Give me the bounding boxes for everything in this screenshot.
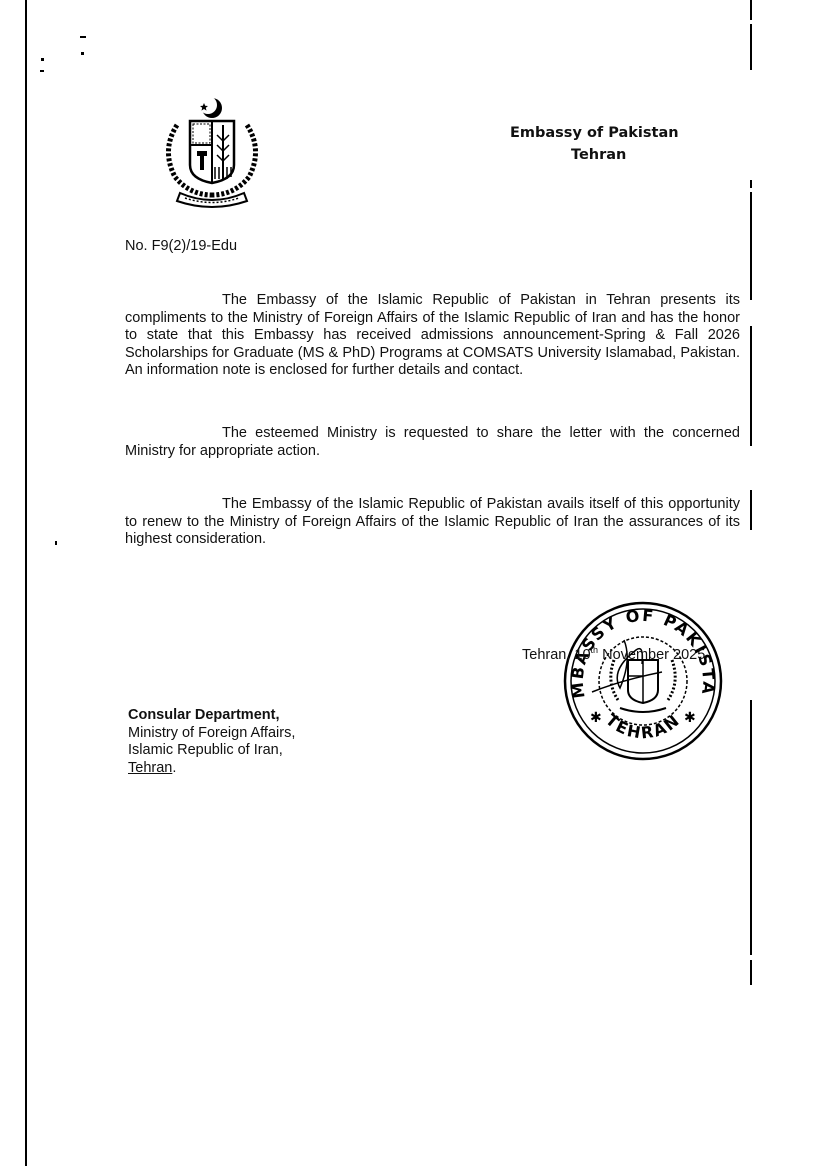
scan-right-border [750,960,752,985]
body-paragraph-3: The Embassy of the Islamic Republic of P… [125,496,740,549]
recipient-city: Tehran [128,760,172,776]
scan-speck [41,58,44,61]
svg-text:✱: ✱ [590,709,602,725]
scan-right-border [750,700,752,955]
scan-speck [80,36,86,38]
letterhead-city: Tehran [510,144,690,166]
letterhead-title: Embassy of Pakistan [510,122,690,144]
scan-right-border [750,192,752,300]
date-day-suffix: th [591,645,599,655]
recipient-city-line: Tehran. [128,760,295,778]
scan-right-border [750,490,752,530]
scan-right-border [750,180,752,188]
body-paragraph-1: The Embassy of the Islamic Republic of P… [125,292,740,380]
scan-left-border [25,0,27,1166]
letter-date: Tehran, 10th November 2025 [522,645,705,663]
body-paragraph-2: The esteemed Ministry is requested to sh… [125,425,740,460]
recipient-ministry: Ministry of Foreign Affairs, [128,725,295,743]
scan-speck [40,70,44,72]
scan-right-border [750,326,752,446]
embassy-seal-stamp: EMBASSY OF PAKISTAN TEHRAN ✱ ✱ [562,600,724,762]
svg-text:TEHRAN: TEHRAN [602,710,684,742]
svg-text:✱: ✱ [684,709,696,725]
date-month-year: November 2025 [602,647,705,663]
scan-speck [81,52,84,55]
scan-speck [55,541,57,545]
recipient-address: Consular Department, Ministry of Foreign… [128,707,295,777]
state-emblem-icon [155,95,270,210]
scan-right-border [750,24,752,70]
scan-right-border [750,0,752,20]
recipient-city-suffix: . [172,760,176,776]
date-place: Tehran, [522,647,570,663]
recipient-country: Islamic Republic of Iran, [128,742,295,760]
reference-number: No. F9(2)/19-Edu [125,238,237,254]
recipient-department: Consular Department, [128,707,295,725]
embassy-letterhead: Embassy of Pakistan Tehran [510,122,690,166]
date-day: 10 [574,647,590,663]
